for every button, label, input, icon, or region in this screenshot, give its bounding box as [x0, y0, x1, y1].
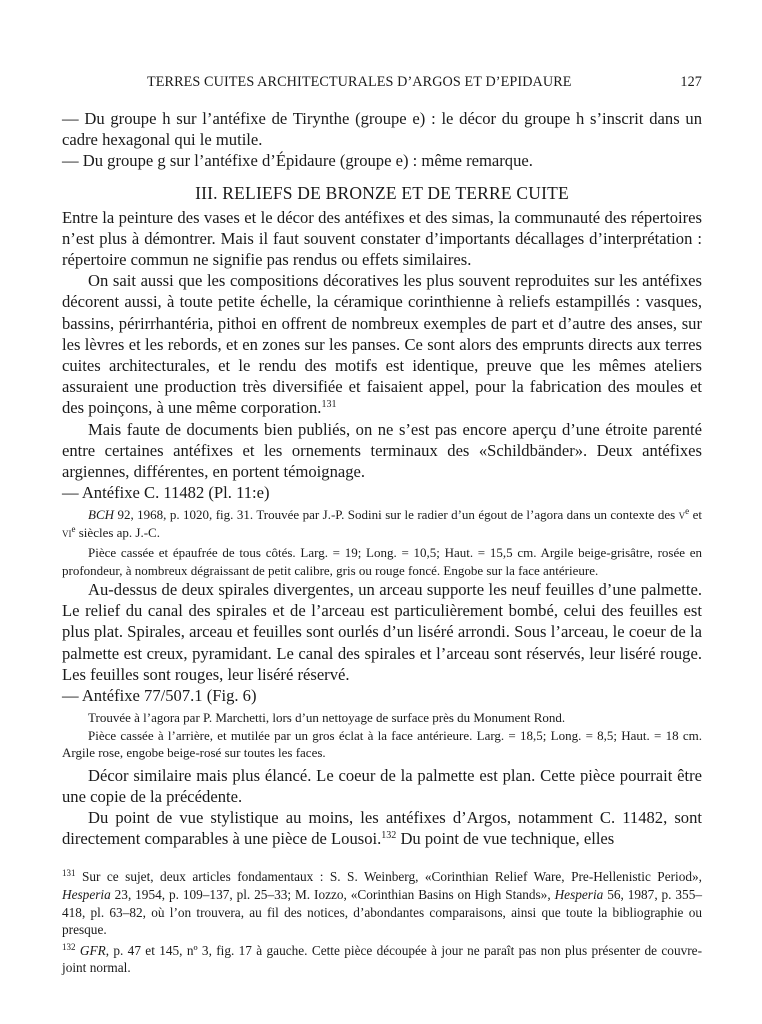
body-text: — Du groupe h sur l’antéfixe de Tirynthe… [62, 108, 702, 977]
paragraph-text: Du point de vue technique, elles [396, 829, 614, 848]
reference-text: et [689, 507, 702, 522]
footnote-text: Sur ce sujet, deux articles fondamentaux… [76, 869, 703, 884]
intro-line: — Du groupe h sur l’antéfixe de Tirynthe… [62, 108, 702, 150]
century: vi [62, 525, 72, 540]
section-title: III. RELIEFS DE BRONZE ET DE TERRE CUITE [62, 182, 702, 204]
footnote-text: , p. 47 et 145, nº 3, fig. 17 à gauche. … [62, 943, 702, 976]
paragraph-text: On sait aussi que les compositions décor… [62, 271, 702, 417]
footnote-separator [62, 849, 702, 865]
page-number: 127 [680, 74, 702, 91]
entry-find: Trouvée à l’agora par P. Marchetti, lors… [62, 709, 702, 726]
footnote-ref[interactable]: 132 [381, 830, 396, 841]
footnote-ref[interactable]: 131 [321, 399, 336, 410]
journal-title: Hesperia [62, 887, 111, 902]
footnote-number: 131 [62, 868, 76, 878]
paragraph: Mais faute de documents bien publiés, on… [62, 419, 702, 483]
reference-text: 92, 1968, p. 1020, fig. 31. Trouvée par … [114, 507, 679, 522]
journal-title: Hesperia [555, 887, 604, 902]
entry-description: Pièce cassée et épaufrée de tous côtés. … [62, 544, 702, 579]
paragraph: Entre la peinture des vases et le décor … [62, 207, 702, 271]
entry-heading: — Antéfixe 77/507.1 (Fig. 6) [62, 685, 702, 706]
entry-description: Pièce cassée à l’arrière, et mutilée par… [62, 727, 702, 762]
entry-commentary: Au-dessus de deux spirales divergentes, … [62, 579, 702, 685]
journal-abbrev: BCH [88, 507, 114, 522]
intro-line: — Du groupe g sur l’antéfixe d’Épidaure … [62, 150, 702, 171]
footnote: 132 GFR, p. 47 et 145, nº 3, fig. 17 à g… [62, 939, 702, 977]
running-title: TERRES CUITES ARCHITECTURALES D’ARGOS ET… [147, 74, 572, 91]
footnote-number: 132 [62, 942, 76, 952]
footnote-text: 23, 1954, p. 109–137, pl. 25–33; M. Iozz… [111, 887, 555, 902]
reference-text: siècles ap. J.-C. [76, 525, 160, 540]
entry-commentary: Décor similaire mais plus élancé. Le coe… [62, 765, 702, 807]
work-abbrev: GFR [80, 943, 106, 958]
paragraph: Du point de vue stylistique au moins, le… [62, 807, 702, 849]
paragraph: On sait aussi que les compositions décor… [62, 270, 702, 418]
entry-reference: BCH 92, 1968, p. 1020, fig. 31. Trouvée … [62, 506, 702, 541]
entry-heading: — Antéfixe C. 11482 (Pl. 11:e) [62, 482, 702, 503]
footnote: 131 Sur ce sujet, deux articles fondamen… [62, 865, 702, 938]
